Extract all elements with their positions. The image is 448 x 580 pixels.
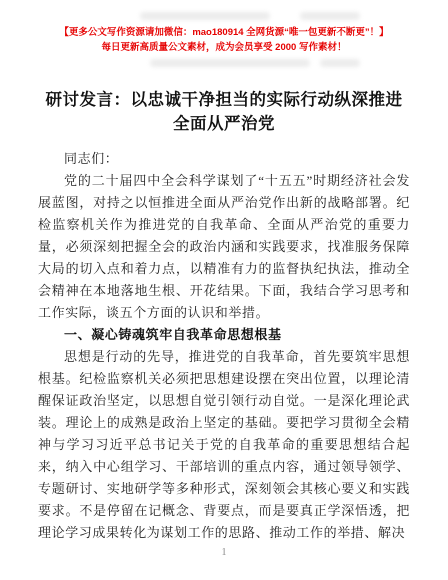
faded-watermark	[140, 12, 270, 20]
document-body: 同志们： 党的二十届四中全会科学谋划了“十五五”时期经济社会发展蓝图，对持之以恒…	[38, 148, 410, 544]
intro-paragraph: 党的二十届四中全会科学谋划了“十五五”时期经济社会发展蓝图，对持之以恒推进全面从…	[38, 170, 410, 324]
page-number: 1	[0, 547, 448, 558]
document-title: 研讨发言：以忠诚干净担当的实际行动纵深推进全面从严治党	[40, 88, 408, 136]
faded-watermark	[300, 12, 360, 20]
promo-line-1: 【更多公文写作资源请加微信：mao180914 全网货源“唯一包更新不断更”！】	[0, 26, 448, 39]
promo-banner: 【更多公文写作资源请加微信：mao180914 全网货源“唯一包更新不断更”！】…	[0, 26, 448, 54]
promo-line-2: 每日更新高质量公文素材，成为会员享受 2000 写作素材！	[0, 41, 448, 54]
section-1-heading: 一、凝心铸魂筑牢自我革命思想根基	[38, 324, 410, 346]
salutation: 同志们：	[38, 148, 410, 170]
document-page: 【更多公文写作资源请加微信：mao180914 全网货源“唯一包更新不断更”！】…	[0, 0, 448, 580]
faded-watermark	[320, 59, 360, 67]
faded-watermark	[150, 59, 310, 67]
section-1-paragraph: 思想是行动的先导，推进党的自我革命，首先要筑牢思想根基。纪检监察机关必须把思想建…	[38, 346, 410, 544]
